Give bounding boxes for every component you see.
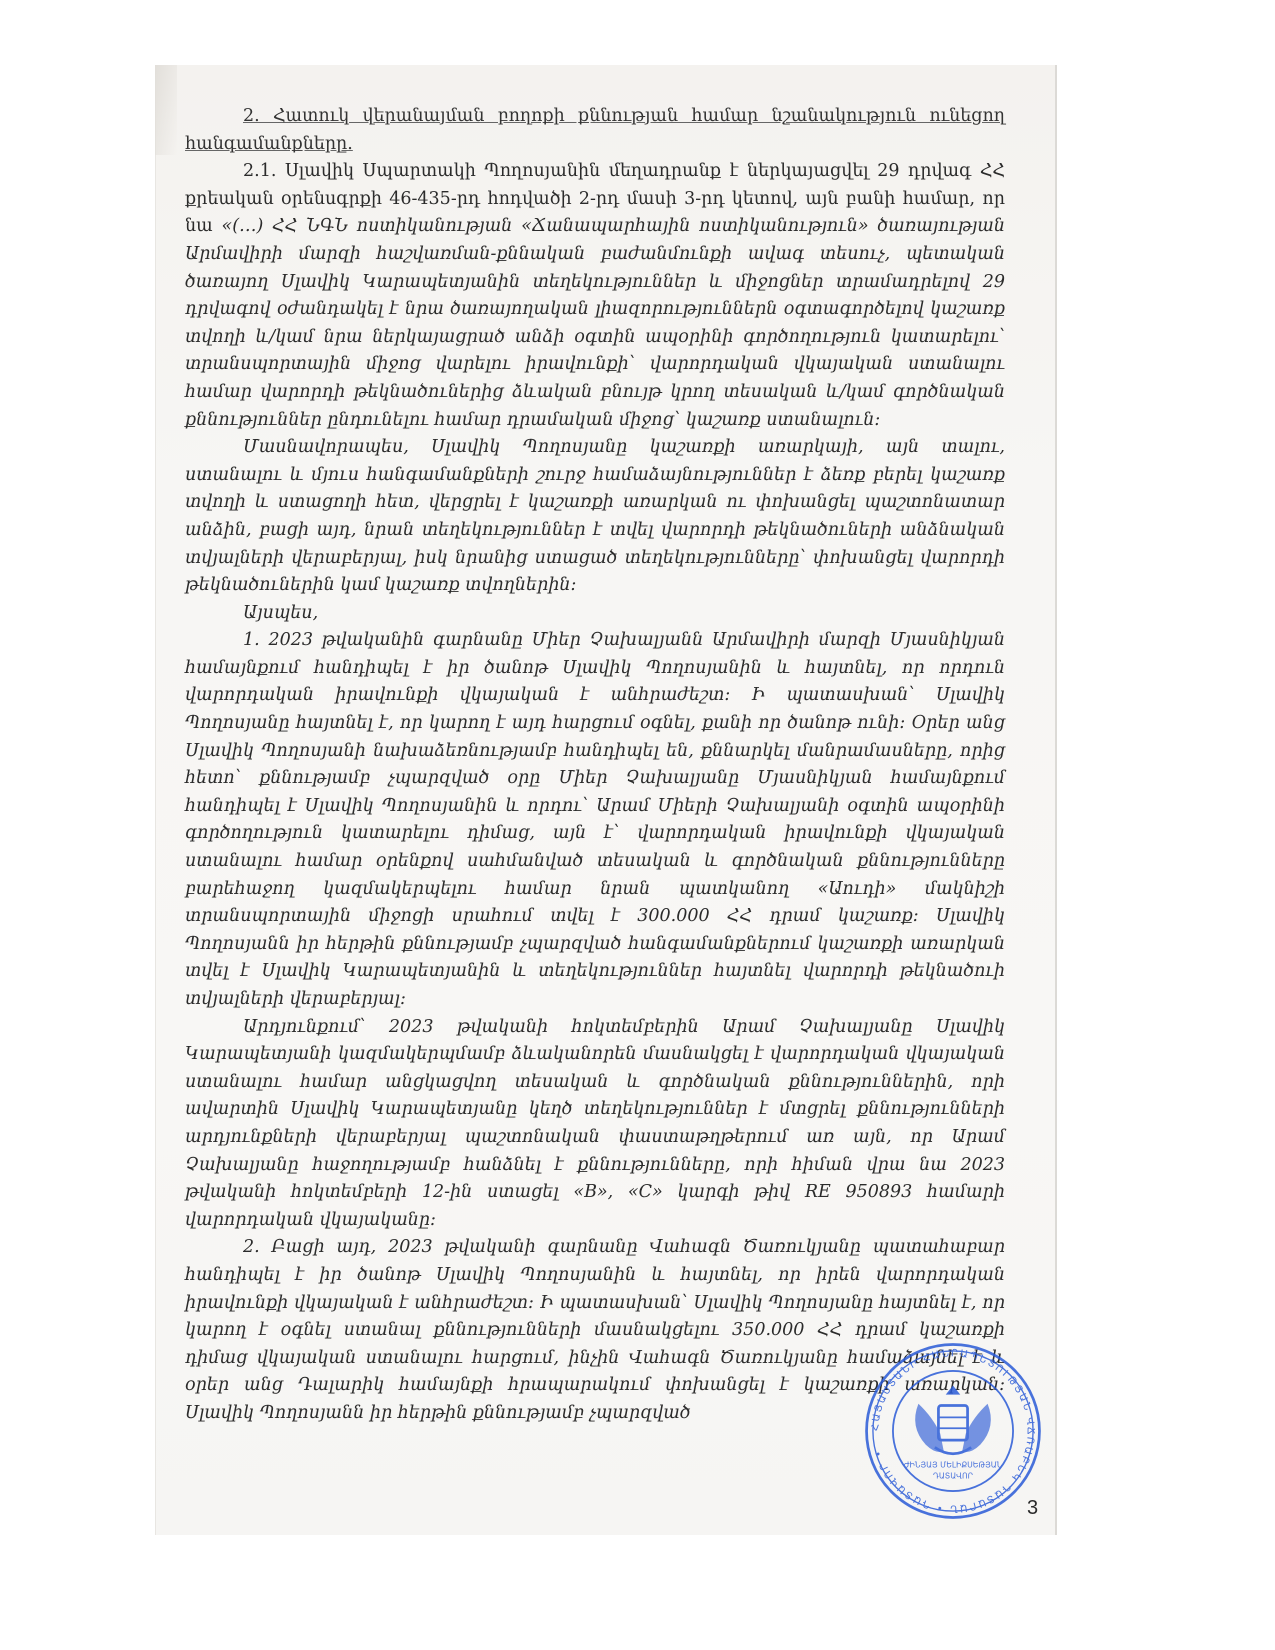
official-seal-stamp: ՀԱՅԱՍՏԱՆԻ ՀԱՆՐԱՊԵՏՈՒԹՅԱՆ ՎՃՌԱԲԵԿ ԴԱՏԱՐԱՆ… xyxy=(862,1340,1044,1522)
paragraph-specifically: Մասնավորապես, Սլավիկ Պողոսյանը կաշառքի ա… xyxy=(185,434,1005,600)
paragraph-2-1: 2.1. Սլավիկ Սպարտակի Պողոսյանին մեղադրան… xyxy=(185,158,1005,434)
svg-text:ԺԻՆՅԱՅ ՄԵԼԻՔՍԵԹՅԱՆ: ԺԻՆՅԱՅ ՄԵԼԻՔՍԵԹՅԱՆ xyxy=(904,1460,1003,1469)
paragraph-thus: Այսպես, xyxy=(185,600,1005,628)
paragraph-episode-1: 1. 2023 թվականին գարնանը Միեր Չախալյանն … xyxy=(185,627,1005,1013)
svg-text:ԴԱՏԱՎՈՐ: ԴԱՏԱՎՈՐ xyxy=(933,1471,973,1480)
document-body: 2. Հատուկ վերանայման բողոքի քննության հա… xyxy=(185,103,1005,1428)
coat-of-arms-seal-icon: ՀԱՅԱՍՏԱՆԻ ՀԱՆՐԱՊԵՏՈՒԹՅԱՆ ՎՃՌԱԲԵԿ ԴԱՏԱՐԱՆ… xyxy=(862,1340,1044,1522)
svg-text:ՀԱՅԱՍՏԱՆԻ ՀԱՆՐԱՊԵՏՈՒԹՅԱՆ ՎՃՌԱԲ: ՀԱՅԱՍՏԱՆԻ ՀԱՆՐԱՊԵՏՈՒԹՅԱՆ ՎՃՌԱԲԵԿ ԴԱՏԱՐԱՆ… xyxy=(870,1348,1035,1513)
paragraph-2-1-body: «(…) ՀՀ ՆԳՆ ոստիկանության «Ճանապարհային … xyxy=(185,216,1005,429)
section-heading: 2. Հատուկ վերանայման բողոքի քննության հա… xyxy=(185,103,1005,158)
page-number: 3 xyxy=(1027,1497,1038,1520)
document-page: 2. Հատուկ վերանայման բողոքի քննության հա… xyxy=(155,65,1057,1535)
page-fold-shadow xyxy=(155,65,177,155)
paragraph-result: Արդյունքում՝ 2023 թվականի հոկտեմբերին Ար… xyxy=(185,1014,1005,1235)
